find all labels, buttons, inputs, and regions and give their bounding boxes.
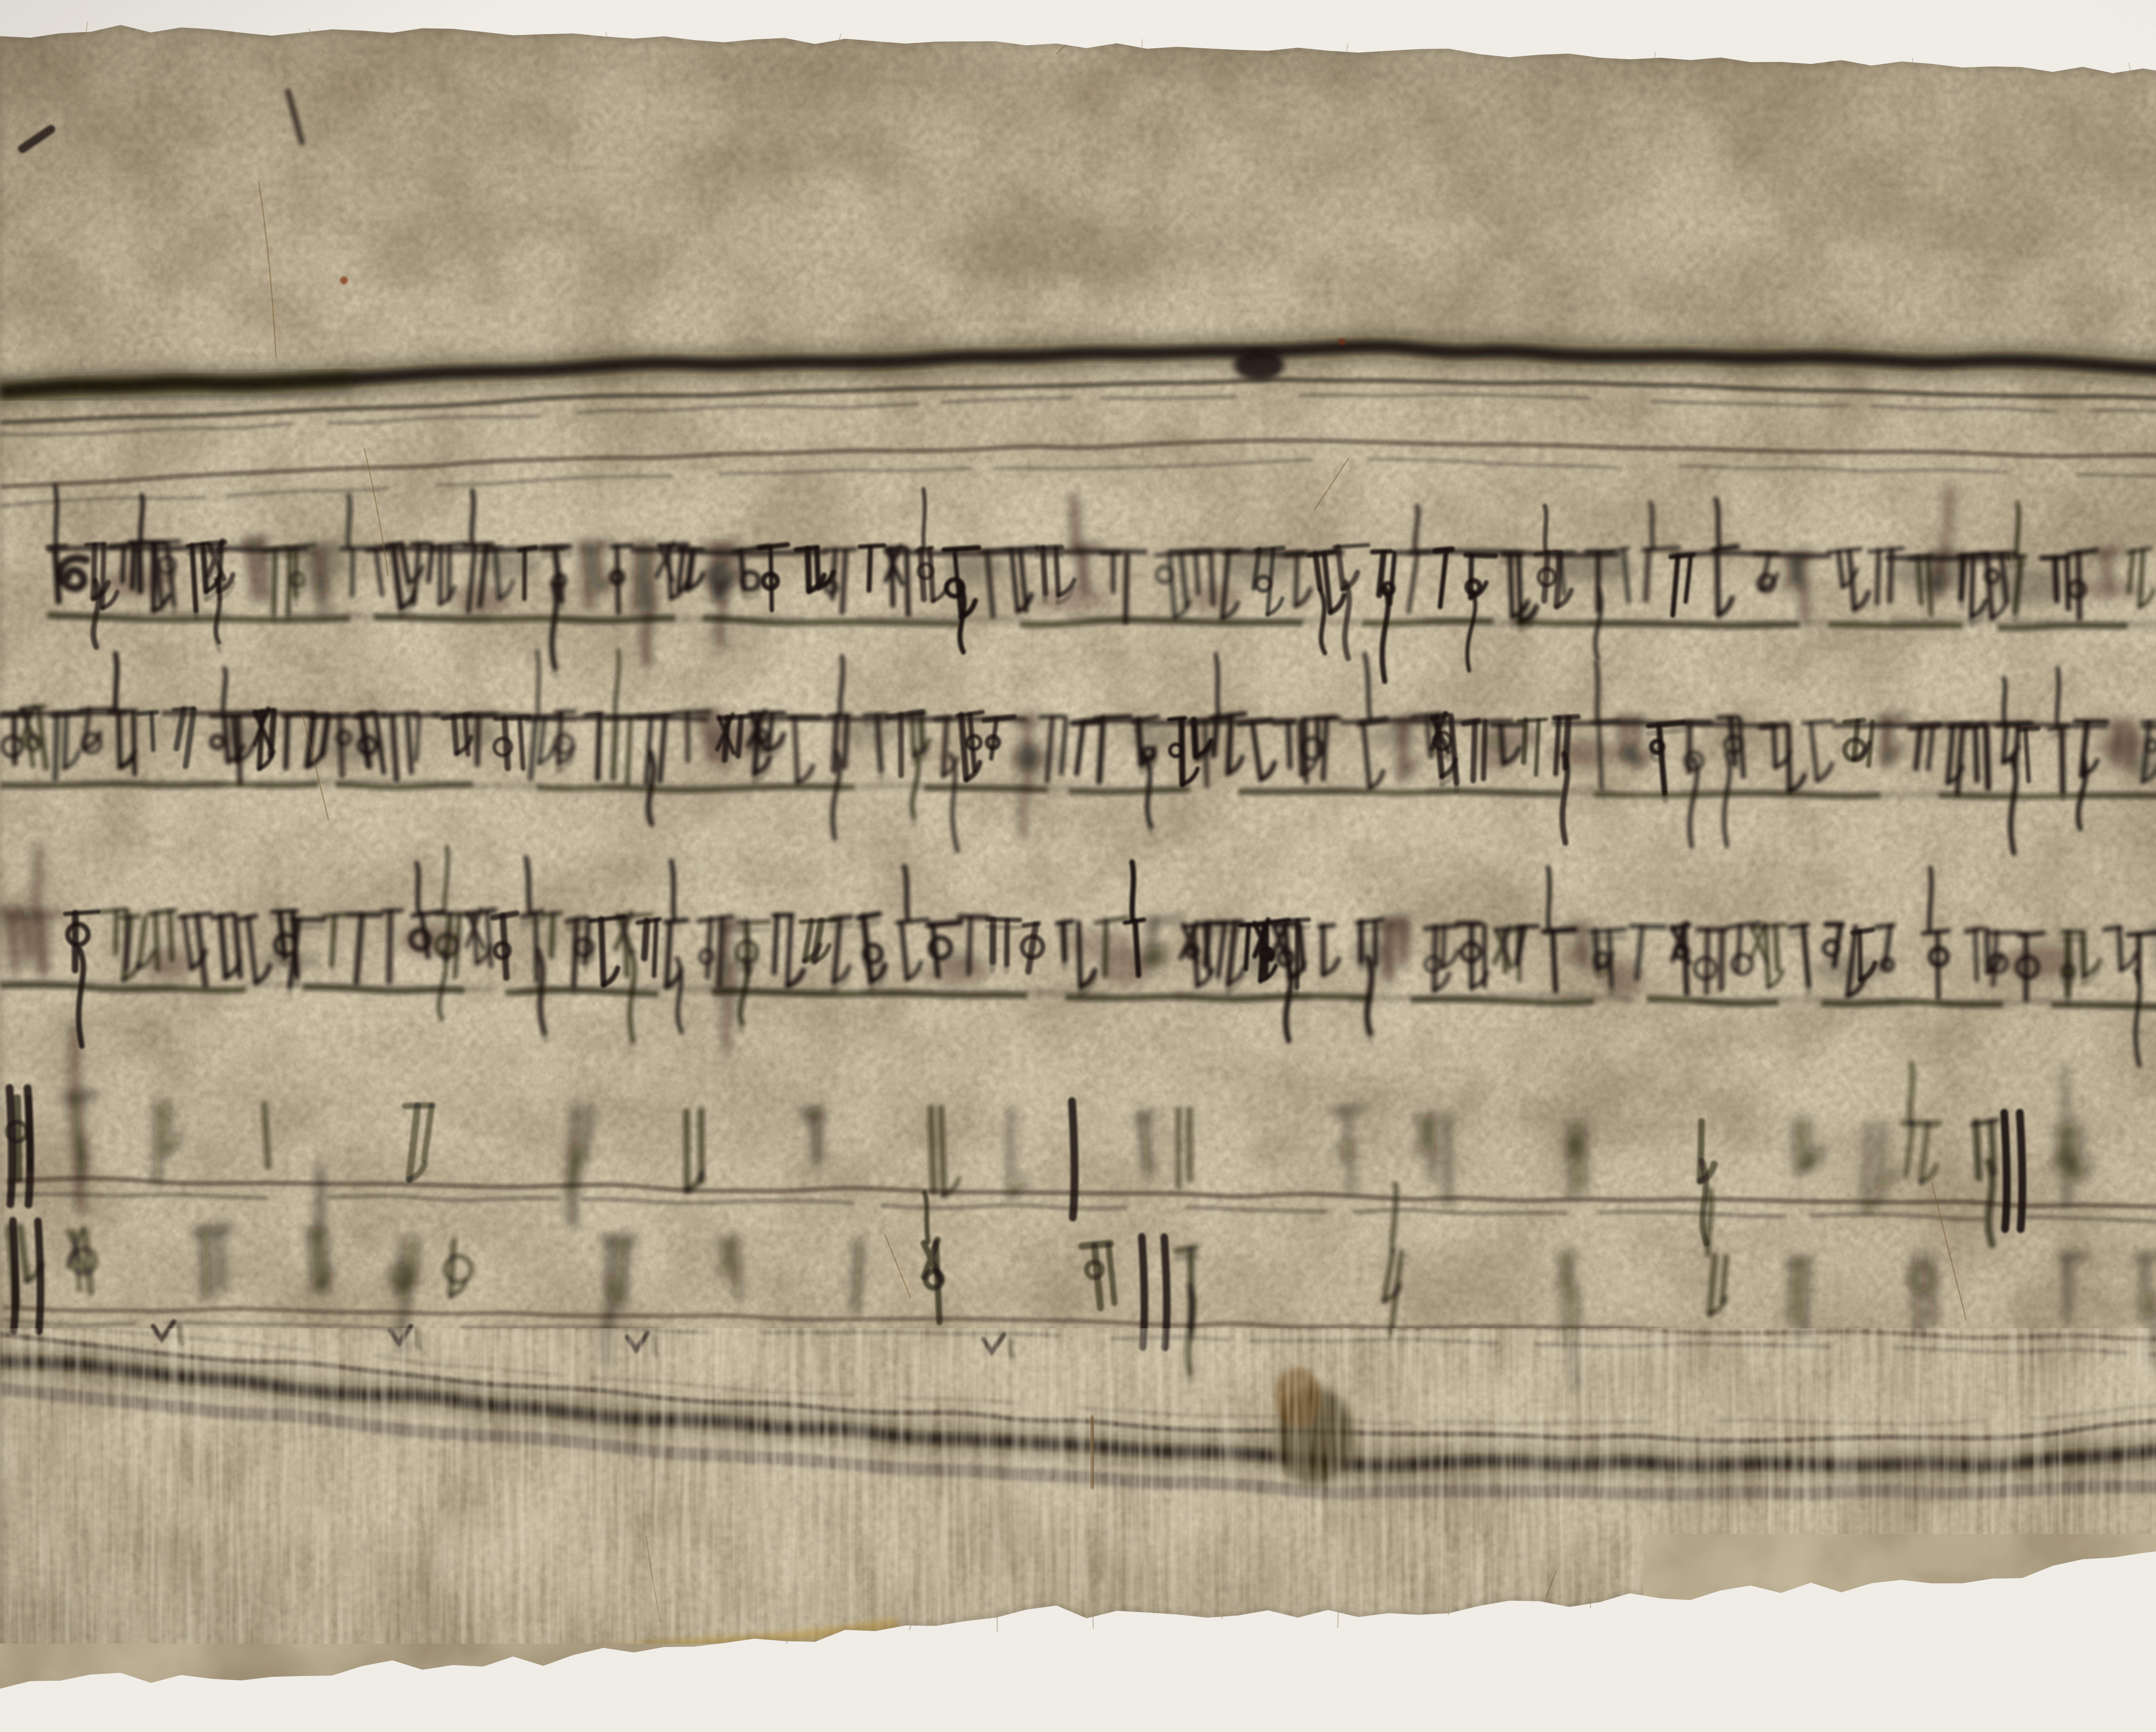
manuscript-photo	[0, 0, 2156, 1732]
photo-vignette	[0, 0, 2156, 1732]
